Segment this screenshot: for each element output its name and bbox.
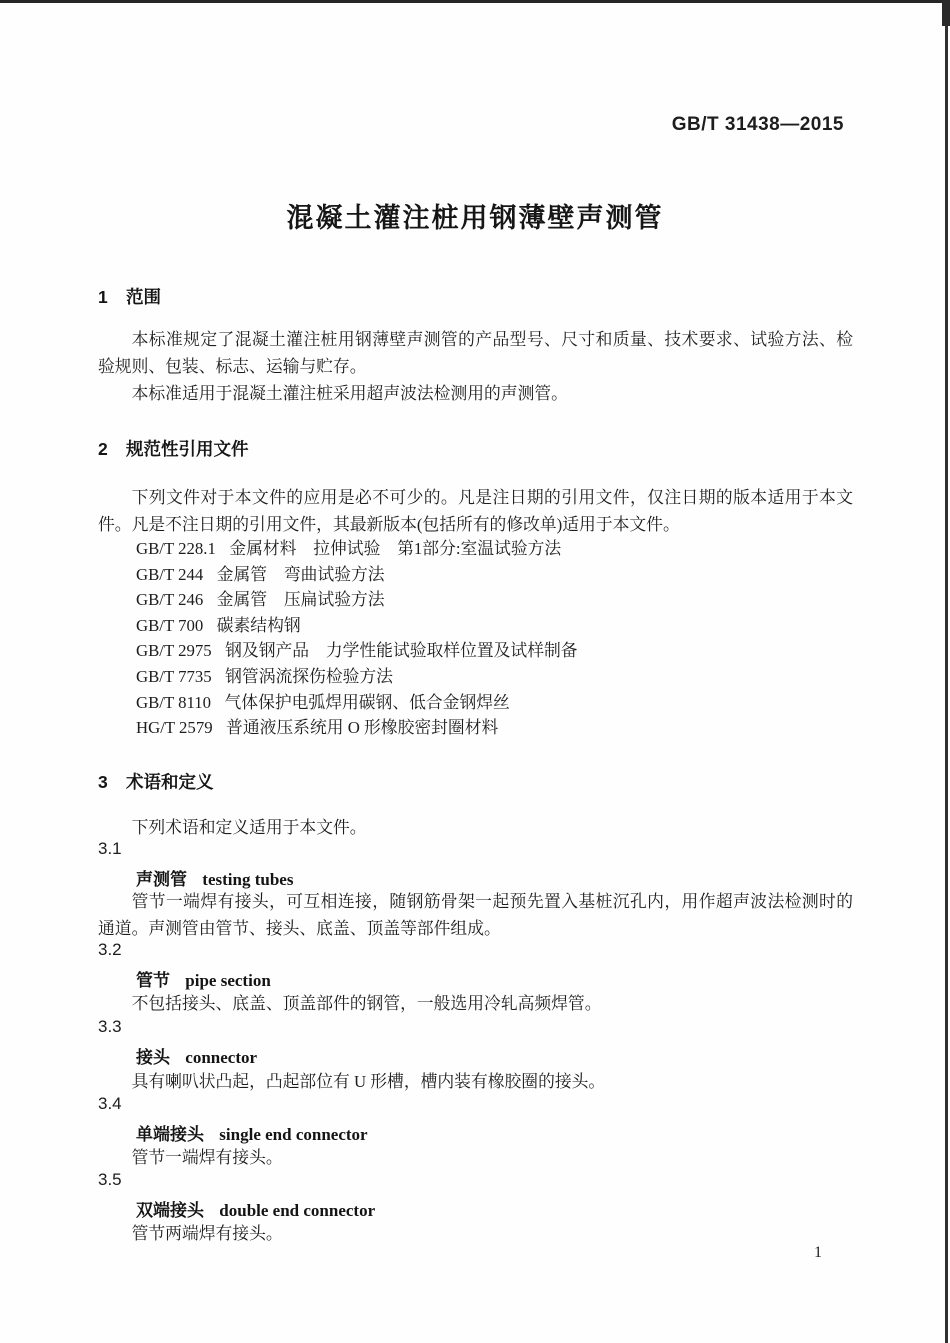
document-page: GB/T 31438—2015 混凝土灌注桩用钢薄壁声测管 1范围 本标准规定了…: [0, 0, 950, 1343]
reference-title: 普通液压系统用 O 形橡胶密封圈材料: [226, 718, 498, 737]
scan-edge-top: [0, 0, 950, 3]
term-number: 3.3: [98, 1017, 122, 1037]
term-definition: 不包括接头、底盖、顶盖部件的钢管，一般选用冷轧高频焊管。: [98, 991, 853, 1018]
scope-paragraph-1: 本标准规定了混凝土灌注桩用钢薄壁声测管的产品型号、尺寸和质量、技术要求、试验方法…: [98, 327, 853, 380]
section-2-heading: 2规范性引用文件: [98, 436, 249, 461]
term-name-zh: 双端接头: [136, 1201, 204, 1220]
section-title: 术语和定义: [126, 772, 214, 792]
document-title: 混凝土灌注桩用钢薄壁声测管: [0, 196, 950, 235]
reference-row: GB/T 8110气体保护电弧焊用碳钢、低合金钢焊丝: [136, 690, 578, 716]
reference-title: 钢及钢产品 力学性能试验取样位置及试样制备: [225, 641, 577, 660]
term-number: 3.2: [98, 940, 122, 960]
term-name-zh: 单端接头: [136, 1125, 204, 1144]
term-name-zh: 管节: [136, 971, 170, 990]
section-3-heading: 3术语和定义: [98, 769, 214, 794]
term-name: 声测管testing tubes: [136, 865, 293, 890]
reference-row: GB/T 244金属管 弯曲试验方法: [136, 562, 578, 588]
term-definition: 具有喇叭状凸起，凸起部位有 U 形槽，槽内装有橡胶圈的接头。: [98, 1069, 853, 1096]
reference-row: HG/T 2579普通液压系统用 O 形橡胶密封圈材料: [136, 715, 578, 741]
term-name-zh: 接头: [136, 1048, 170, 1067]
term-name: 单端接头single end connector: [136, 1120, 368, 1145]
scan-edge-corner: [942, 0, 950, 26]
term-definition: 管节两端焊有接头。: [98, 1221, 853, 1248]
reference-row: GB/T 246金属管 压扁试验方法: [136, 587, 578, 613]
term-number: 3.4: [98, 1094, 122, 1114]
reference-code: GB/T 7735: [136, 667, 212, 686]
term-name-en: connector: [185, 1048, 257, 1067]
reference-code: GB/T 228.1: [136, 539, 216, 558]
reference-title: 气体保护电弧焊用碳钢、低合金钢焊丝: [225, 693, 510, 712]
reference-row: GB/T 700碳素结构钢: [136, 613, 578, 639]
terms-intro: 下列术语和定义适用于本文件。: [98, 815, 853, 842]
reference-title: 钢管涡流探伤检验方法: [225, 667, 393, 686]
term-name-en: single end connector: [219, 1125, 367, 1144]
reference-title: 碳素结构钢: [217, 616, 301, 635]
section-number: 1: [98, 287, 126, 308]
reference-code: GB/T 8110: [136, 693, 211, 712]
section-title: 范围: [126, 287, 161, 307]
term-definition: 管节一端焊有接头，可互相连接，随钢筋骨架一起预先置入基桩沉孔内，用作超声波法检测…: [98, 889, 853, 942]
section-number: 3: [98, 772, 126, 793]
reference-code: GB/T 700: [136, 616, 203, 635]
term-name: 接头connector: [136, 1043, 257, 1068]
section-number: 2: [98, 439, 126, 460]
section-title: 规范性引用文件: [126, 439, 249, 459]
page-number: 1: [814, 1244, 822, 1262]
reference-title: 金属管 压扁试验方法: [217, 590, 385, 609]
reference-code: GB/T 246: [136, 590, 203, 609]
term-name: 双端接头double end connector: [136, 1196, 375, 1221]
term-name-en: pipe section: [185, 971, 270, 990]
term-number: 3.1: [98, 839, 122, 859]
reference-code: HG/T 2579: [136, 718, 213, 737]
reference-row: GB/T 7735钢管涡流探伤检验方法: [136, 664, 578, 690]
standard-code: GB/T 31438—2015: [672, 114, 844, 136]
term-name-zh: 声测管: [136, 870, 187, 889]
term-name: 管节pipe section: [136, 966, 271, 991]
reference-code: GB/T 2975: [136, 641, 212, 660]
section-1-heading: 1范围: [98, 284, 161, 309]
references-intro: 下列文件对于本文件的应用是必不可少的。凡是注日期的引用文件，仅注日期的版本适用于…: [98, 485, 853, 538]
reference-row: GB/T 2975钢及钢产品 力学性能试验取样位置及试样制备: [136, 638, 578, 664]
term-name-en: double end connector: [219, 1201, 375, 1220]
reference-list: GB/T 228.1金属材料 拉伸试验 第1部分:室温试验方法 GB/T 244…: [136, 536, 578, 741]
term-definition: 管节一端焊有接头。: [98, 1145, 853, 1172]
reference-title: 金属管 弯曲试验方法: [217, 565, 385, 584]
reference-title: 金属材料 拉伸试验 第1部分:室温试验方法: [229, 539, 561, 558]
reference-code: GB/T 244: [136, 565, 203, 584]
scope-paragraph-2: 本标准适用于混凝土灌注桩采用超声波法检测用的声测管。: [98, 381, 853, 408]
term-name-en: testing tubes: [202, 870, 293, 889]
term-number: 3.5: [98, 1170, 122, 1190]
reference-row: GB/T 228.1金属材料 拉伸试验 第1部分:室温试验方法: [136, 536, 578, 562]
